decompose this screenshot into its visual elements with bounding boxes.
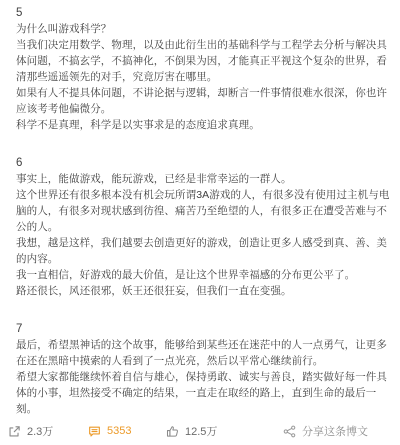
like-count: 12.5万: [185, 423, 217, 439]
share-label: 分享这条博文: [302, 423, 368, 439]
paragraph: 我想，越是这样，我们越要去创造更好的游戏，创造让更多人感受到真、善、美的内容。: [16, 235, 394, 267]
repost-button[interactable]: 2.3万: [8, 423, 88, 439]
comment-bubble-icon: [88, 425, 101, 438]
section-number: 7: [16, 321, 394, 337]
comment-button[interactable]: 5353: [88, 425, 166, 438]
post-section-5: 5 为什么叫游戏科学？ 当我们决定用数学、物理，以及由此衍生出的基础科学与工程学…: [16, 5, 394, 133]
paragraph: 科学不是真理，科学是以实事求是的态度追求真理。: [16, 117, 394, 133]
post-action-bar: 2.3万 5353 12.5万: [0, 417, 400, 445]
post-section-6: 6 事实上，能做游戏，能玩游戏，已经是非常幸运的一群人。 这个世界还有很多根本没…: [16, 155, 394, 299]
paragraph: 我一直相信，好游戏的最大价值，是让这个世界幸福感的分布更公平了。: [16, 267, 394, 283]
paragraph: 当我们决定用数学、物理，以及由此衍生出的基础科学与工程学去分析与解决具体问题，不…: [16, 37, 394, 85]
comment-count: 5353: [107, 425, 131, 437]
paragraph: 事实上，能做游戏，能玩游戏，已经是非常幸运的一群人。: [16, 171, 394, 187]
paragraph: 如果有人不提具体问题，不讲论据与逻辑，却断言一件事情很难水很深，你也许应该考考他…: [16, 85, 394, 117]
paragraph: 希望大家都能继续怀着自信与雄心，保持勇敢、诚实与善良，踏实做好每一件具体的小事，…: [16, 369, 394, 417]
paragraph: 为什么叫游戏科学？: [16, 21, 394, 37]
share-nodes-icon: [283, 425, 296, 438]
like-button[interactable]: 12.5万: [166, 423, 283, 439]
section-number: 5: [16, 5, 394, 21]
paragraph: 这个世界还有很多根本没有机会玩所谓3A游戏的人，有很多没有使用过主机与电脑的人，…: [16, 187, 394, 235]
paragraph: 路还很长，风还很邪，妖王还很狂妄，但我们一直在变强。: [16, 283, 394, 299]
section-number: 6: [16, 155, 394, 171]
repost-icon: [8, 425, 21, 438]
post-body: 5 为什么叫游戏科学？ 当我们决定用数学、物理，以及由此衍生出的基础科学与工程学…: [0, 0, 400, 433]
thumbs-up-icon: [166, 425, 179, 438]
paragraph: 最后，希望黑神话的这个故事，能够给到某些还在迷茫中的人一点勇气，让更多在还在黑暗…: [16, 337, 394, 369]
share-button[interactable]: 分享这条博文: [283, 423, 368, 439]
repost-count: 2.3万: [27, 423, 53, 439]
